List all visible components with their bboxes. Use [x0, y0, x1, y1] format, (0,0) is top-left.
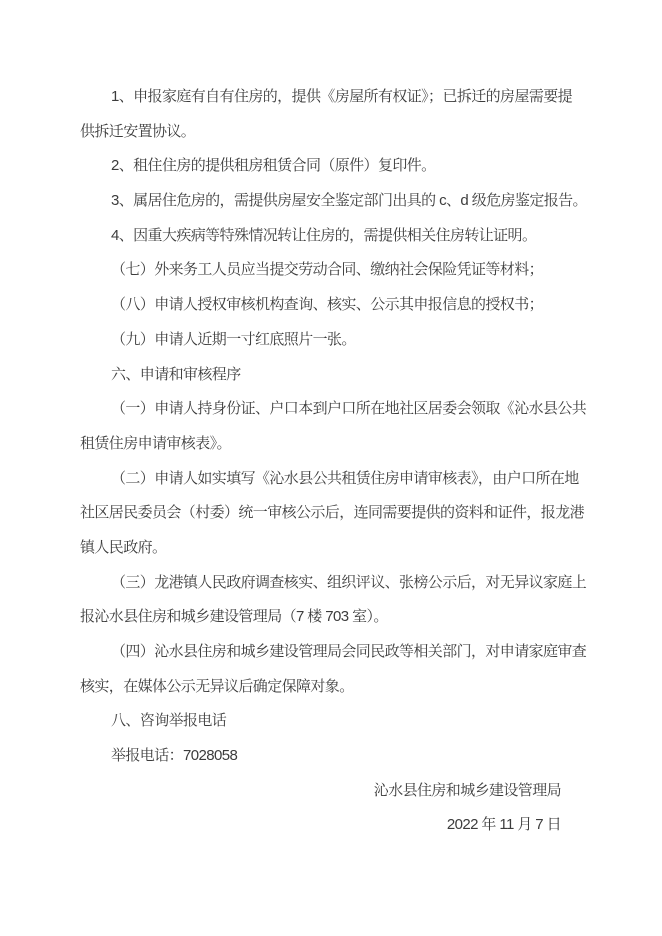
document-body: 1、申报家庭有自有住房的，提供《房屋所有权证》；已拆迁的房屋需要提供拆迁安置协议…	[80, 80, 582, 843]
signature-organization: 沁水县住房和城乡建设管理局	[80, 774, 582, 809]
paragraph-line: （二）申请人如实填写《沁水县公共租赁住房申请审核表》，由户口所在地	[80, 462, 582, 497]
paragraph-line: （八）申请人授权审核机构查询、核实、公示其申报信息的授权书；	[80, 288, 582, 323]
paragraph-line: 3、属居住危房的，需提供房屋安全鉴定部门出具的 c、d 级危房鉴定报告。	[80, 184, 582, 219]
paragraph-line: （九）申请人近期一寸红底照片一张。	[80, 323, 582, 358]
paragraph-line: 报沁水县住房和城乡建设管理局（7 楼 703 室）。	[80, 600, 582, 635]
document-page: 1、申报家庭有自有住房的，提供《房屋所有权证》；已拆迁的房屋需要提供拆迁安置协议…	[0, 0, 662, 936]
paragraph-line: 租赁住房申请审核表》。	[80, 427, 582, 462]
paragraph-line: （四）沁水县住房和城乡建设管理局会同民政等相关部门，对申请家庭审查	[80, 635, 582, 670]
paragraph-line: （一）申请人持身份证、户口本到户口所在地社区居委会领取《沁水县公共	[80, 392, 582, 427]
paragraph-line: 1、申报家庭有自有住房的，提供《房屋所有权证》；已拆迁的房屋需要提	[80, 80, 582, 115]
paragraph-line: 社区居民委员会（村委）统一审核公示后，连同需要提供的资料和证件，报龙港	[80, 496, 582, 531]
paragraph-line: 2、租住住房的提供租房租赁合同（原件）复印件。	[80, 149, 582, 184]
signature-date: 2022 年 11 月 7 日	[80, 808, 582, 843]
paragraph-line: （七）外来务工人员应当提交劳动合同、缴纳社会保险凭证等材料；	[80, 253, 582, 288]
paragraph-line: （三）龙港镇人民政府调查核实、组织评议、张榜公示后，对无异议家庭上	[80, 566, 582, 601]
paragraph-line: 八、咨询举报电话	[80, 704, 582, 739]
paragraph-line: 举报电话：7028058	[80, 739, 582, 774]
paragraph-line: 供拆迁安置协议。	[80, 115, 582, 150]
paragraph-line: 镇人民政府。	[80, 531, 582, 566]
paragraph-line: 4、因重大疾病等特殊情况转让住房的，需提供相关住房转让证明。	[80, 219, 582, 254]
paragraph-line: 核实，在媒体公示无异议后确定保障对象。	[80, 670, 582, 705]
paragraph-line: 六、申请和审核程序	[80, 358, 582, 393]
